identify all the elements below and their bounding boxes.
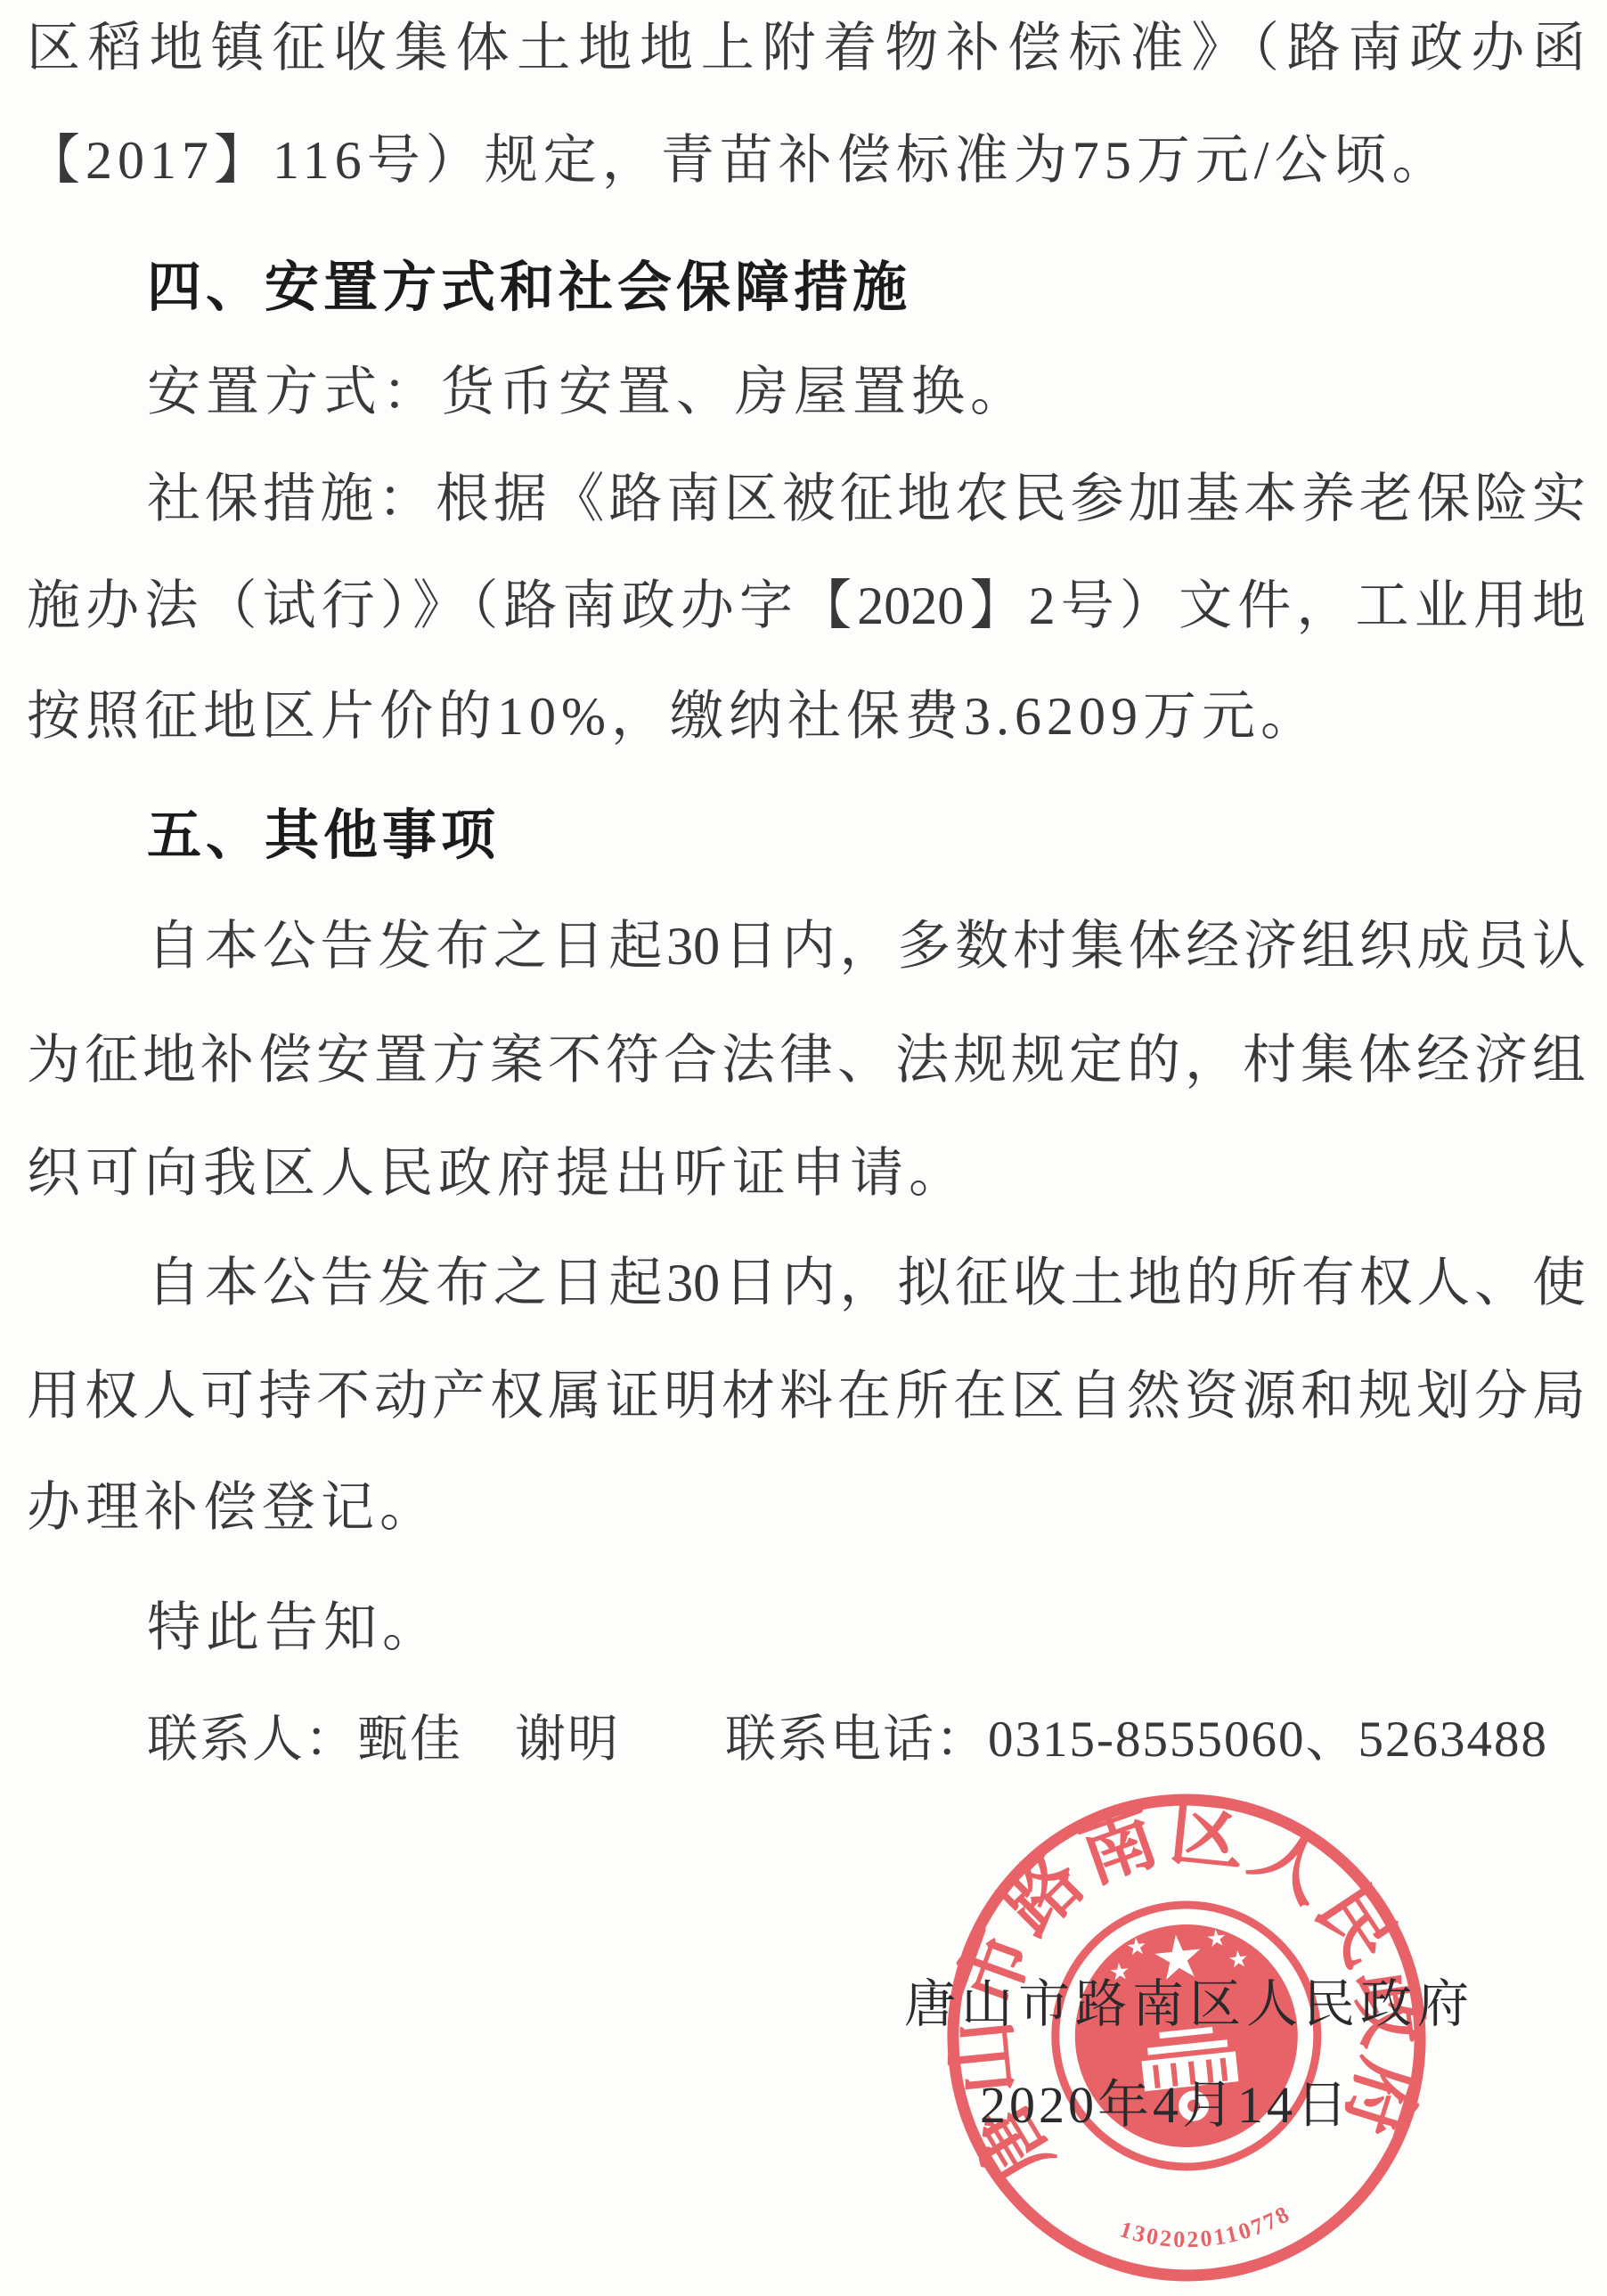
signature-org: 唐山市路南区人民政府	[904, 1962, 1474, 2037]
body-line: 【2017】116号）规定，青苗补偿标准为75万元/公顷。	[27, 132, 1450, 190]
section-heading-4: 四、安置方式和社会保障措施	[147, 258, 911, 317]
contact-line: 联系人：甄佳 谢明 联系电话：0315-8555060、5263488	[147, 1712, 1548, 1768]
body-line: 为征地补偿安置方案不符合法律、法规规定的，村集体经济组	[27, 1032, 1586, 1090]
signature-date: 2020年4月14日	[980, 2063, 1351, 2137]
body-line: 施办法（试行）》（路南政办字【2020】2号）文件，工业用地	[27, 577, 1586, 635]
body-line: 特此告知。	[147, 1599, 441, 1657]
body-line: 安置方式：货币安置、房屋置换。	[147, 364, 1029, 421]
document-page: 区稻地镇征收集体土地地上附着物补偿标准》（路南政办函 【2017】116号）规定…	[0, 0, 1607, 2296]
body-line: 自本公告发布之日起30日内，多数村集体经济组织成员认	[147, 918, 1586, 976]
body-line: 按照征地区片价的10%，缴纳社保费3.6209万元。	[27, 688, 1319, 746]
body-line: 社保措施：根据《路南区被征地农民参加基本养老保险实	[147, 470, 1586, 528]
body-line: 区稻地镇征收集体土地地上附着物补偿标准》（路南政办函	[27, 20, 1586, 78]
body-line: 织可向我区人民政府提出听证申请。	[27, 1145, 967, 1203]
seal-serial: 1302020110778	[1114, 2199, 1295, 2261]
section-heading-5: 五、其他事项	[147, 806, 500, 865]
body-line: 自本公告发布之日起30日内，拟征收土地的所有权人、使	[147, 1254, 1586, 1312]
body-line: 办理补偿登记。	[27, 1479, 438, 1537]
official-seal: 唐山市路南区人民政府 1302020110778	[933, 1784, 1440, 2292]
body-line: 用权人可持不动产权属证明材料在所在区自然资源和规划分局	[27, 1368, 1586, 1426]
